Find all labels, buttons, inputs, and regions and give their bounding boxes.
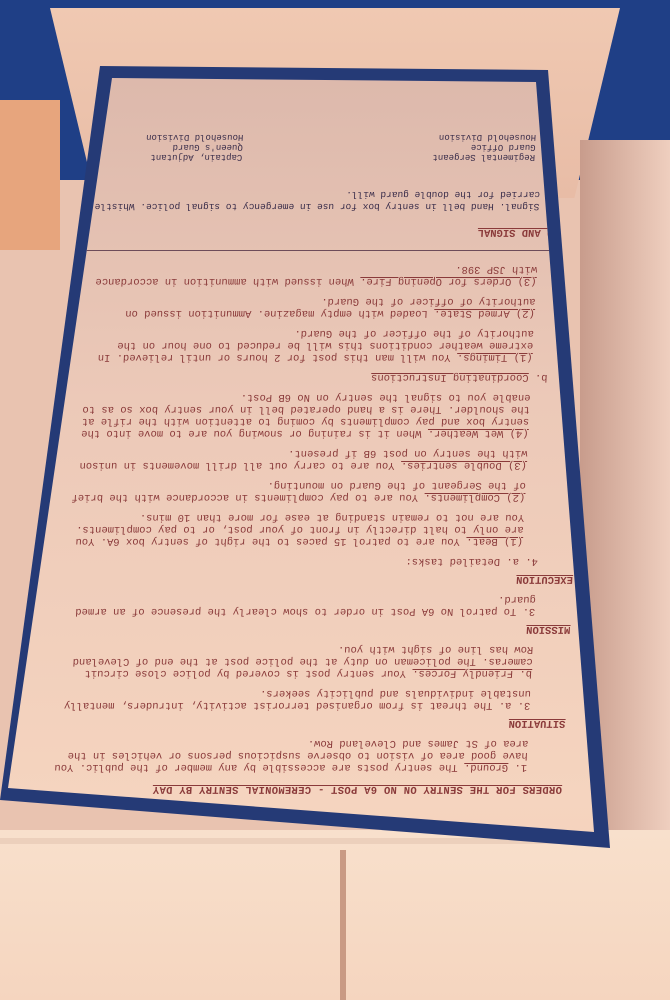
para-3b: b. Friendly Forces. Your sentry post is …	[58, 643, 570, 679]
task-3: (3) Double sentries. You are to carry ou…	[69, 447, 580, 471]
para-1: 1. Ground. The sentry posts are accessib…	[53, 737, 565, 773]
para-text: Signal. Hand bell in sentry box for use …	[94, 189, 557, 212]
signature-right: Captain, Adjutant Queen's Guard Househol…	[145, 132, 244, 162]
task-4: (4) Wet Weather. When it is raining or s…	[70, 391, 583, 439]
sentry-orders-document: ORDERS FOR THE SENTRY ON NO 6A POST - CE…	[52, 95, 599, 795]
coord-label: (1) Timings.	[457, 351, 533, 363]
coord-label: (2) Armed State.	[434, 307, 535, 319]
photo-scene: ORDERS FOR THE SENTRY ON NO 6A POST - CE…	[0, 0, 670, 1000]
divider	[80, 250, 590, 251]
tiled-wall-bottom	[0, 830, 670, 1000]
task-text: You are to patrol 15 paces to the right …	[75, 511, 524, 547]
task-label: (1) Beat.	[466, 535, 523, 547]
coord-3: (3) Orders for Opening Fire. When issued…	[78, 263, 589, 287]
exec-para: 4. a. Detailed tasks:	[64, 555, 575, 567]
para-label: Ground.	[464, 761, 509, 773]
para-text: The sentry posts are accessible by any m…	[54, 737, 528, 773]
signature-left: Regimental Sergeant Guard Office Househo…	[432, 132, 536, 162]
command-para: 5. Signal. Hand bell in sentry box for u…	[82, 188, 593, 212]
sig-line: Regimental Sergeant	[432, 152, 535, 162]
para-text: a. The threat is from organised terroris…	[64, 687, 532, 711]
para-label: b. Friendly Forces.	[412, 667, 532, 679]
tile-seam	[340, 850, 346, 1000]
para-3a: 3. a. The threat is from organised terro…	[56, 687, 567, 711]
signature-block: Regimental Sergeant Guard Office Househo…	[85, 132, 597, 162]
coord-label: (3) Orders for Opening Fire.	[360, 275, 537, 287]
situation-heading: SITUATION	[55, 717, 566, 729]
task-label: (4) Wet Weather.	[427, 427, 528, 439]
para-number: 3.	[522, 605, 535, 617]
task-2: (2) Compliments. You are to pay complime…	[67, 479, 578, 503]
execution-heading: EXECUTION	[63, 573, 574, 585]
coord-2: (2) Armed State. Loaded with empty magaz…	[77, 295, 588, 319]
task-label: (3) Double sentries.	[401, 459, 528, 471]
command-heading: COMMAND AND SIGNAL	[81, 226, 592, 238]
para-text: To patrol No 6A Post in order to show cl…	[75, 593, 536, 617]
wall-panel-left	[0, 100, 60, 250]
coord-heading: Coordinating Instructions	[371, 371, 529, 383]
sig-line: Household Division	[146, 132, 244, 142]
task-1: (1) Beat. You are to patrol 15 paces to …	[65, 511, 577, 547]
mission-para: 3. To patrol No 6A Post in order to show…	[61, 593, 572, 617]
sig-line: Queen's Guard	[145, 142, 243, 152]
para-number: 1.	[514, 761, 527, 773]
task-label: (2) Compliments.	[424, 491, 525, 503]
sig-line: Household Division	[433, 132, 536, 142]
document-title: ORDERS FOR THE SENTRY ON NO 6A POST - CE…	[52, 783, 563, 795]
sig-line: Captain, Adjutant	[145, 152, 243, 162]
para-number: b.	[535, 371, 548, 383]
para-number: 3.	[517, 699, 530, 711]
mission-heading: MISSION	[60, 623, 571, 635]
para-number: 4.	[525, 555, 538, 567]
sig-line: Guard Office	[433, 142, 536, 152]
coord-1: (1) Timings. You will man this post for …	[74, 327, 586, 363]
coord-heading-row: b. Coordinating Instructions	[73, 371, 584, 383]
para-text: a. Detailed tasks:	[405, 555, 519, 567]
